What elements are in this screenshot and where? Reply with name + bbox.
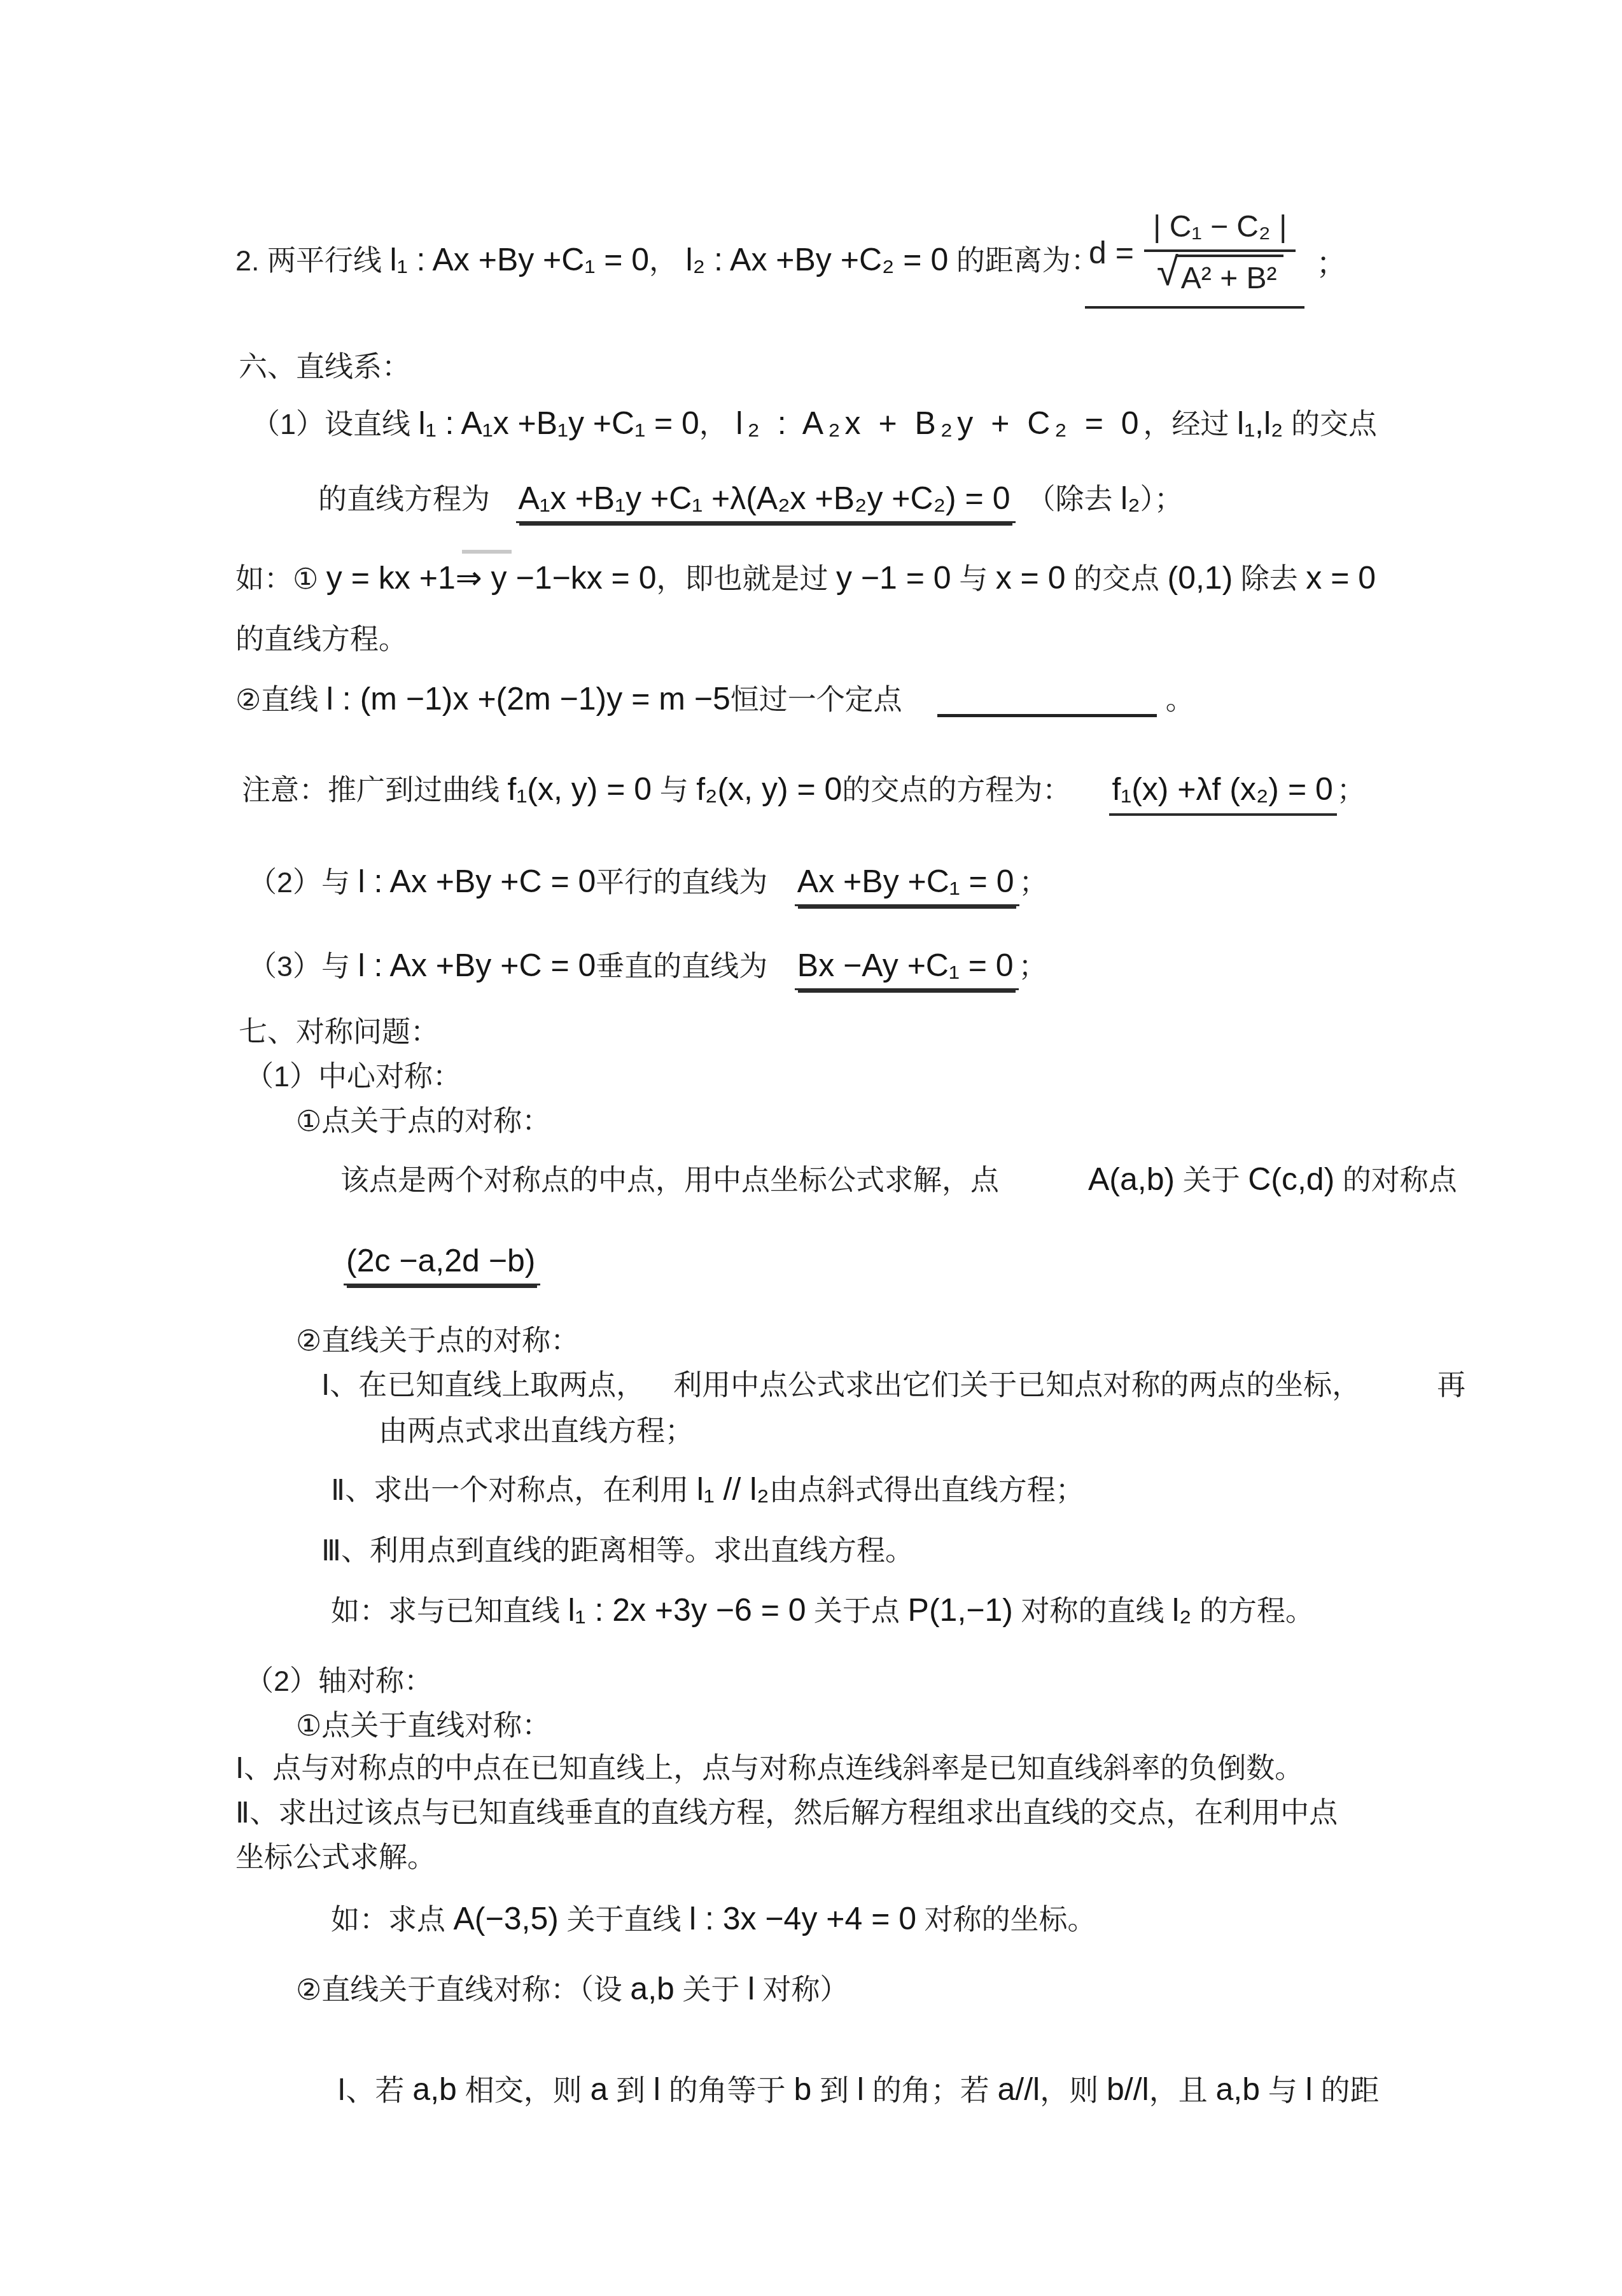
math-expression: y = kx +1 <box>326 560 456 596</box>
cjk-text: ， <box>649 244 686 277</box>
cjk-text: Ⅱ、求出一个对称点，在利用 <box>331 1474 697 1506</box>
section-heading-symmetry: 七、对称问题： <box>239 1009 439 1050</box>
math-expression: a,b <box>412 2071 457 2107</box>
spacer <box>1157 709 1166 710</box>
math-expression: y −1 = 0 <box>836 560 951 596</box>
underlined-formula: Ax +By +C₁ = 0 <box>795 864 1019 906</box>
section-heading-line-system: 六、直线系： <box>239 344 410 385</box>
cjk-text: ， <box>699 408 736 440</box>
blank-answer-line <box>937 714 1157 717</box>
math-expression: b <box>794 2071 811 2107</box>
math-expression: P(1,−1) <box>908 1592 1013 1628</box>
math-expression: f₁(x, y) = 0 <box>508 771 652 807</box>
cjk-text: （1）设直线 <box>251 408 419 440</box>
cjk-text: 2. 两平行线 <box>235 244 390 277</box>
parallel-line-formula: （2）与 l : Ax +By +C = 0平行的直线为 Ax +By +C₁ … <box>248 859 1048 900</box>
math-expression: a <box>590 2071 608 2107</box>
implies-arrow-icon: ⇒ <box>456 560 482 596</box>
cjk-text: 如：求与已知直线 <box>331 1595 568 1627</box>
cjk-text: 六、直线系： <box>239 351 410 383</box>
cjk-text: 关于点 <box>806 1595 908 1627</box>
line-parallel-distance: 2. 两平行线 l₁ : Ax +By +C₁ = 0， l₂ : Ax +By… <box>235 237 1100 279</box>
math-expression: a//l <box>998 2071 1040 2107</box>
math-expression: f₂(x, y) = 0 <box>696 771 842 807</box>
cjk-text: 利用中点公式求出它们关于已知点对称的两点的坐标， <box>673 1369 1360 1401</box>
method-2: Ⅱ、求出一个对称点，在利用 l₁ // l₂由点斜式得出直线方程； <box>331 1467 1084 1508</box>
note-curve-intersection: 注意：推广到过曲线 f₁(x, y) = 0 与 f₂(x, y) = 0的交点… <box>242 767 1366 808</box>
scan-artifact <box>462 550 512 554</box>
cjk-text: 如：① <box>235 563 326 595</box>
method-3: Ⅲ、利用点到直线的距离相等。求出直线方程。 <box>321 1527 914 1569</box>
radical-icon: √ <box>1157 255 1178 290</box>
cjk-text: （1）中心对称： <box>245 1060 461 1093</box>
example-1-continued: 的直线方程。 <box>235 616 407 657</box>
cjk-text: 对称） <box>755 1973 849 2006</box>
cjk-text: 坐标公式求解。 <box>235 1841 436 1873</box>
math-expression: x = 0 <box>1306 560 1376 596</box>
cjk-text: 除去 <box>1233 563 1306 595</box>
math-expression: l₂ <box>1172 1592 1192 1628</box>
cjk-text: 与 <box>951 563 996 595</box>
cjk-text: Ⅲ、利用点到直线的距离相等。求出直线方程。 <box>321 1534 914 1567</box>
math-expression: a,b <box>1216 2071 1261 2107</box>
fraction: | C₁ − C₂ |√A² + B² <box>1144 209 1296 296</box>
cjk-text: （2）轴对称： <box>245 1665 433 1697</box>
cjk-text: ，即也就是过 <box>656 563 836 595</box>
cjk-text: （3）与 <box>248 950 358 983</box>
cjk-text: 的交点 <box>1065 563 1167 595</box>
underlined-formula: Bx −Ay +C₁ = 0 <box>795 948 1019 990</box>
underlined-formula: f₁(x) +λf (x₂) = 0 <box>1109 771 1336 816</box>
spacer <box>776 892 795 892</box>
line-about-line-heading: ②直线关于直线对称：（设 a,b 关于 l 对称） <box>296 1966 849 2008</box>
cjk-text: 由两点式求出直线方程； <box>379 1415 694 1447</box>
math-expression: y −1−kx = 0 <box>482 560 657 596</box>
fraction-numerator: | C₁ − C₂ | <box>1144 209 1296 252</box>
underlined-fraction: d =| C₁ − C₂ |√A² + B² <box>1085 207 1304 309</box>
cjk-text: Ⅱ、求出过该点与已知直线垂直的直线方程，然后解方程组求出直线的交点，在利用中点 <box>235 1796 1338 1829</box>
cjk-text: 对称的直线 <box>1013 1595 1172 1627</box>
axis-method-1: Ⅰ、点与对称点的中点在已知直线上，点与对称点连线斜率是已知直线斜率的负倒数。 <box>235 1745 1303 1786</box>
math-expression: l₂ : A₂x + B₂y + C₂ = 0 <box>736 405 1143 441</box>
math-expression: l <box>654 2071 661 2107</box>
spacer <box>645 1394 673 1395</box>
example-2-fixed-point: ②直线 l : (m −1)x +(2m −1)y = m −5恒过一个定点。 <box>235 676 1194 718</box>
cjk-text: 关于 <box>675 1973 748 2006</box>
cjk-text: ； <box>1019 950 1047 983</box>
axis-symmetry-heading: （2）轴对称： <box>245 1658 433 1699</box>
cjk-text: 的方程。 <box>1192 1595 1315 1627</box>
math-expression: A(−3,5) <box>454 1901 559 1936</box>
math-expression: d = <box>1089 234 1134 271</box>
math-expression: l₂ : Ax +By +C₂ = 0 <box>686 242 949 277</box>
example-point-about-line: 如：求点 A(−3,5) 关于直线 l : 3x −4y +4 = 0 对称的坐… <box>331 1896 1096 1938</box>
math-expression: (0,1) <box>1167 560 1233 596</box>
cjk-text: 该点是两个对称点的中点，用中点坐标公式求解，点 <box>340 1164 999 1196</box>
cjk-text: 的交点 <box>1283 408 1377 440</box>
cjk-text: ①点关于点的对称： <box>296 1105 550 1137</box>
cjk-text: 的距 <box>1313 2073 1380 2106</box>
cjk-text: 的角等于 <box>661 2073 794 2106</box>
method-1-continued: 由两点式求出直线方程； <box>379 1408 694 1449</box>
cjk-text: （2）与 <box>248 866 358 899</box>
math-expression: b//l <box>1107 2071 1149 2107</box>
math-expression: l₂ <box>1121 480 1140 516</box>
cjk-text: ②直线关于直线对称：（设 <box>296 1973 630 2006</box>
cjk-text: ）； <box>1140 483 1184 515</box>
math-expression: x = 0 <box>996 560 1066 596</box>
cjk-text: ； <box>1316 247 1346 281</box>
spacer <box>498 508 516 509</box>
method-1: Ⅰ、在已知直线上取两点，利用中点公式求出它们关于已知点对称的两点的坐标，再 <box>321 1362 1465 1403</box>
math-expression: l₁ : A₁x +B₁y +C₁ = 0 <box>419 405 699 441</box>
cjk-text: ，则 <box>1040 2073 1107 2106</box>
math-expression: l <box>748 1971 755 2006</box>
document-page: 2. 两平行线 l₁ : Ax +By +C₁ = 0， l₂ : Ax +By… <box>0 0 1622 2296</box>
cjk-text: 如：求点 <box>331 1903 454 1936</box>
cjk-text: 再 <box>1437 1369 1465 1401</box>
axis-method-2-continued: 坐标公式求解。 <box>235 1834 436 1875</box>
cjk-text: ； <box>1019 866 1048 899</box>
cjk-text: 与 <box>652 774 696 806</box>
point-about-point-heading: ①点关于点的对称： <box>296 1098 550 1139</box>
cjk-text: 垂直的直线为 <box>596 950 776 983</box>
math-expression: a,b <box>630 1971 675 2006</box>
underlined-formula: A₁x +B₁y +C₁ +λ(A₂x +B₂y +C₂) = 0 <box>516 480 1016 523</box>
axis-method-2: Ⅱ、求出过该点与已知直线垂直的直线方程，然后解方程组求出直线的交点，在利用中点 <box>235 1789 1338 1831</box>
cjk-text: Ⅰ、若 <box>337 2073 412 2106</box>
math-expression: l₁ // l₂ <box>697 1471 769 1507</box>
math-expression: l : (m −1)x +(2m −1)y = m −5 <box>326 681 731 717</box>
cjk-text: ②直线关于点的对称： <box>296 1324 579 1357</box>
math-expression: l : 3x −4y +4 = 0 <box>689 1901 916 1936</box>
line-about-line-case-1: Ⅰ、若 a,b 相交，则 a 到 l 的角等于 b 到 l 的角；若 a//l，… <box>337 2067 1379 2109</box>
distance-formula: d =| C₁ − C₂ |√A² + B²； <box>1085 207 1346 309</box>
cjk-text: 注意：推广到过曲线 <box>242 774 508 806</box>
math-expression: l : Ax +By +C = 0 <box>358 864 596 899</box>
spacer <box>1016 508 1027 509</box>
line-about-point-heading: ②直线关于点的对称： <box>296 1317 579 1359</box>
cjk-text: 的直线方程为 <box>318 483 498 515</box>
spacer <box>1360 1394 1437 1395</box>
math-expression: l <box>1306 2071 1313 2107</box>
point-about-line-heading: ①点关于直线对称： <box>296 1702 550 1744</box>
example-line-about-point: 如：求与已知直线 l₁ : 2x +3y −6 = 0 关于点 P(1,−1) … <box>331 1588 1314 1629</box>
symmetric-point-result: (2c −a,2d −b) <box>344 1242 540 1279</box>
cjk-text: （除去 <box>1027 483 1121 515</box>
pencil-equation: 的直线方程为 A₁x +B₁y +C₁ +λ(A₂x +B₂y +C₂) = 0… <box>318 476 1183 517</box>
central-symmetry-heading: （1）中心对称： <box>245 1053 461 1095</box>
math-expression: l <box>857 2071 864 2107</box>
cjk-text: 的距离为： <box>948 244 1100 277</box>
line-system-setup: （1）设直线 l₁ : A₁x +B₁y +C₁ = 0， l₂ : A₂x +… <box>251 401 1377 442</box>
cjk-text: 的对称点 <box>1334 1164 1457 1196</box>
cjk-text: 关于 <box>1175 1164 1248 1196</box>
math-expression: l : Ax +By +C = 0 <box>358 948 596 983</box>
midpoint-explanation: 该点是两个对称点的中点，用中点坐标公式求解，点A(a,b) 关于 C(c,d) … <box>340 1157 1457 1198</box>
fraction-denominator: √A² + B² <box>1157 252 1283 296</box>
underlined-formula: (2c −a,2d −b) <box>344 1243 540 1285</box>
math-expression: l₁,l₂ <box>1237 405 1283 441</box>
cjk-text: ②直线 <box>235 683 326 716</box>
cjk-text: 的交点的方程为： <box>842 774 1071 806</box>
cjk-text: 七、对称问题： <box>239 1016 439 1048</box>
math-expression: A(a,b) <box>1088 1161 1175 1197</box>
perpendicular-line-formula: （3）与 l : Ax +By +C = 0垂直的直线为 Bx −Ay +C₁ … <box>248 943 1047 984</box>
cjk-text: 对称的坐标。 <box>916 1903 1096 1936</box>
spacer <box>902 709 937 710</box>
spacer <box>999 1189 1088 1190</box>
spacer <box>776 976 795 976</box>
cjk-text: 恒过一个定点 <box>731 683 902 716</box>
cjk-text: ①点关于直线对称： <box>296 1709 550 1742</box>
spacer <box>1071 799 1109 800</box>
cjk-text: 的直线方程。 <box>235 623 407 655</box>
cjk-text: 的角；若 <box>864 2073 998 2106</box>
cjk-text: 由点斜式得出直线方程； <box>769 1474 1084 1506</box>
cjk-text: ，经过 <box>1143 408 1238 440</box>
example-1: 如：① y = kx +1⇒ y −1−kx = 0，即也就是过 y −1 = … <box>235 556 1376 597</box>
cjk-text: 关于直线 <box>559 1903 689 1936</box>
cjk-text: 平行的直线为 <box>596 866 776 899</box>
cjk-text: ，且 <box>1149 2073 1216 2106</box>
cjk-text: 相交，则 <box>457 2073 591 2106</box>
math-expression: l₁ : 2x +3y −6 = 0 <box>568 1592 806 1628</box>
cjk-text: Ⅰ、在已知直线上取两点， <box>321 1369 645 1401</box>
cjk-text: ； <box>1337 774 1366 806</box>
cjk-text: 。 <box>1166 683 1194 716</box>
math-expression: l₁ : Ax +By +C₁ = 0 <box>390 242 650 277</box>
cjk-text: 与 <box>1260 2073 1306 2106</box>
cjk-text: 到 <box>608 2073 654 2106</box>
radicand: A² + B² <box>1176 255 1283 296</box>
cjk-text: Ⅰ、点与对称点的中点在已知直线上，点与对称点连线斜率是已知直线斜率的负倒数。 <box>235 1752 1303 1784</box>
cjk-text: 到 <box>811 2073 857 2106</box>
math-expression: C(c,d) <box>1248 1161 1334 1197</box>
